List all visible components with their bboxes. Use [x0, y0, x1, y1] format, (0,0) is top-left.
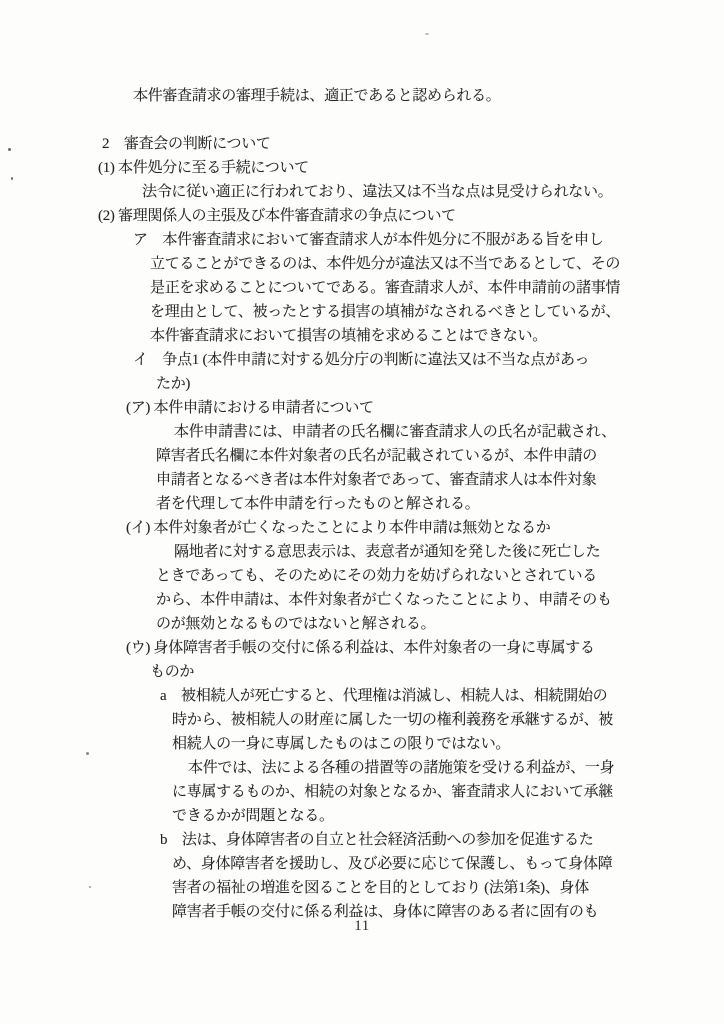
text-line: 者を代理して本件申請を行ったものと解される。	[156, 492, 724, 516]
subitem-i-heading: (イ) 本件対象者が亡くなったことにより本件申請は無効となるか	[126, 516, 724, 540]
text-line: できるかが問題となる。	[172, 804, 724, 828]
text-line: 申請者となるべき者は本件対象者であって、審査請求人は本件対象	[156, 468, 724, 492]
scanned-document-page: 本件審査請求の審理手続は、適正であると認められる。 2 審査会の判断について (…	[0, 0, 724, 1024]
scan-speck	[89, 886, 91, 888]
text-line: 本件では、法による各種の措置等の諸施策を受ける利益が、一身	[188, 756, 724, 780]
text-line: を理由として、被ったとする損害の填補がなされるべきとしているが、	[150, 300, 724, 324]
text-line: 相続人の一身に専属したものはこの限りではない。	[172, 732, 724, 756]
text-line: 隔地者に対する意思表示は、表意者が通知を発した後に死亡した	[174, 540, 724, 564]
text-line: 是正を求めることについてである。審査請求人が、本件申請前の諸事情	[150, 276, 724, 300]
text-line: 障害者氏名欄に本件対象者の氏名が記載されているが、本件申請の	[156, 444, 724, 468]
item-a-katakana-heading: ア 本件審査請求において審査請求人が本件処分に不服がある旨を申し	[133, 228, 724, 252]
text-line: 法令に従い適正に行われており、違法又は不当な点は見受けられない。	[142, 180, 724, 204]
blank-line	[0, 108, 724, 132]
text-line: から、本件申請は、本件対象者が亡くなったことにより、申請そのも	[156, 588, 724, 612]
text-line: に専属するものか、相続の対象となるか、審査請求人において承継	[172, 780, 724, 804]
text-line: 害者の福祉の増進を図ることを目的としており (法第1条)、身体	[172, 876, 724, 900]
item-i-katakana-heading: イ 争点1 (本件申請に対する処分庁の判断に違法又は不当な点があっ	[133, 348, 724, 372]
text-line: たか)	[156, 372, 724, 396]
subitem-u-heading: (ウ) 身体障害者手帳の交付に係る利益は、本件対象者の一身に専属する	[126, 636, 724, 660]
subitem-a-heading: (ア) 本件申請における申請者について	[126, 396, 724, 420]
item-b-latin-heading: b 法は、身体障害者の自立と社会経済活動への参加を促進するた	[160, 828, 724, 852]
text-line: め、身体障害者を援助し、及び必要に応じて保護し、もって身体障	[172, 852, 724, 876]
item-2-heading: (2) 審理関係人の主張及び本件審査請求の争点について	[98, 204, 724, 228]
text-line: ものか	[150, 660, 724, 684]
text-line: 本件申請書には、申請者の氏名欄に審査請求人の氏名が記載され、	[174, 420, 724, 444]
text-line: 時から、被相続人の財産に属した一切の権利義務を承継するが、被	[172, 708, 724, 732]
item-a-latin-heading: a 被相続人が死亡すると、代理権は消滅し、相続人は、相続開始の	[160, 684, 724, 708]
scan-speck	[8, 148, 11, 151]
paragraph-line: 本件審査請求の審理手続は、適正であると認められる。	[133, 84, 724, 108]
text-line: 立てることができるのは、本件処分が違法又は不当であるとして、その	[150, 252, 724, 276]
section-heading-2: 2 審査会の判断について	[102, 132, 724, 156]
scan-speck	[425, 33, 429, 35]
item-1-heading: (1) 本件処分に至る手続について	[98, 156, 724, 180]
scan-speck	[86, 752, 89, 755]
page-number: 11	[0, 914, 724, 938]
scan-speck	[11, 177, 13, 180]
text-line: のが無効となるものではないと解される。	[156, 612, 724, 636]
text-line: 本件審査請求において損害の填補を求めることはできない。	[150, 324, 724, 348]
text-line: ときであっても、そのためにその効力を妨げられないとされている	[156, 564, 724, 588]
